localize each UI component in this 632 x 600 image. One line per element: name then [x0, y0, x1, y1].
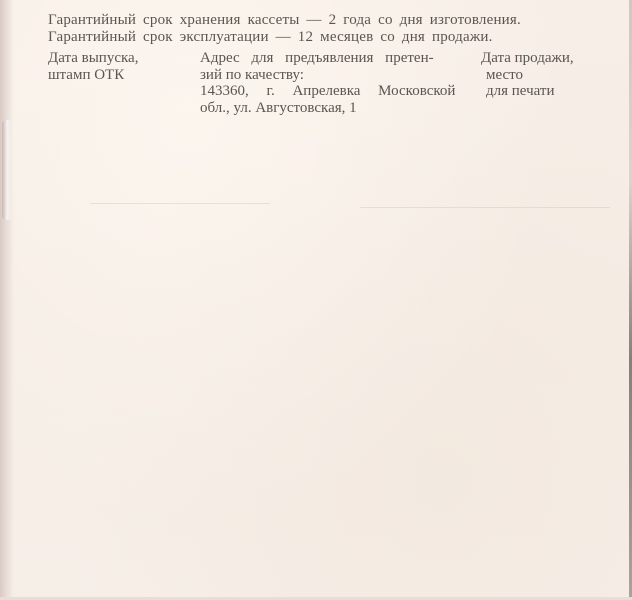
claims-address-line: обл., ул. Августовская, 1: [200, 100, 455, 117]
paper-scuff: [90, 203, 270, 204]
left-fold-edge: [0, 0, 14, 600]
warranty-operation-text: Гарантийный срок эксплуатации — 12 месяц…: [48, 29, 493, 46]
stamp-place-label: место: [481, 67, 574, 84]
claims-address-line: Адрес для предъявления претен-: [200, 50, 455, 67]
release-date-block: Дата выпуска, штамп ОТК: [48, 50, 138, 83]
fold-crease: [2, 120, 12, 220]
stamp-place-label: для печати: [481, 83, 574, 100]
qc-stamp-label: штамп ОТК: [48, 67, 138, 84]
release-date-label: Дата выпуска,: [48, 50, 138, 67]
paper-scuff: [360, 207, 610, 208]
claims-address-line: зий по качеству:: [200, 67, 455, 84]
sale-date-label: Дата продажи,: [481, 50, 574, 67]
claims-address-block: Адрес для предъявления претен- зий по ка…: [200, 50, 455, 116]
claims-address-line: 143360, г. Апрелевка Московской: [200, 83, 455, 100]
sale-date-block: Дата продажи, место для печати: [481, 50, 574, 100]
warranty-storage-text: Гарантийный срок хранения кассеты — 2 го…: [48, 12, 521, 29]
